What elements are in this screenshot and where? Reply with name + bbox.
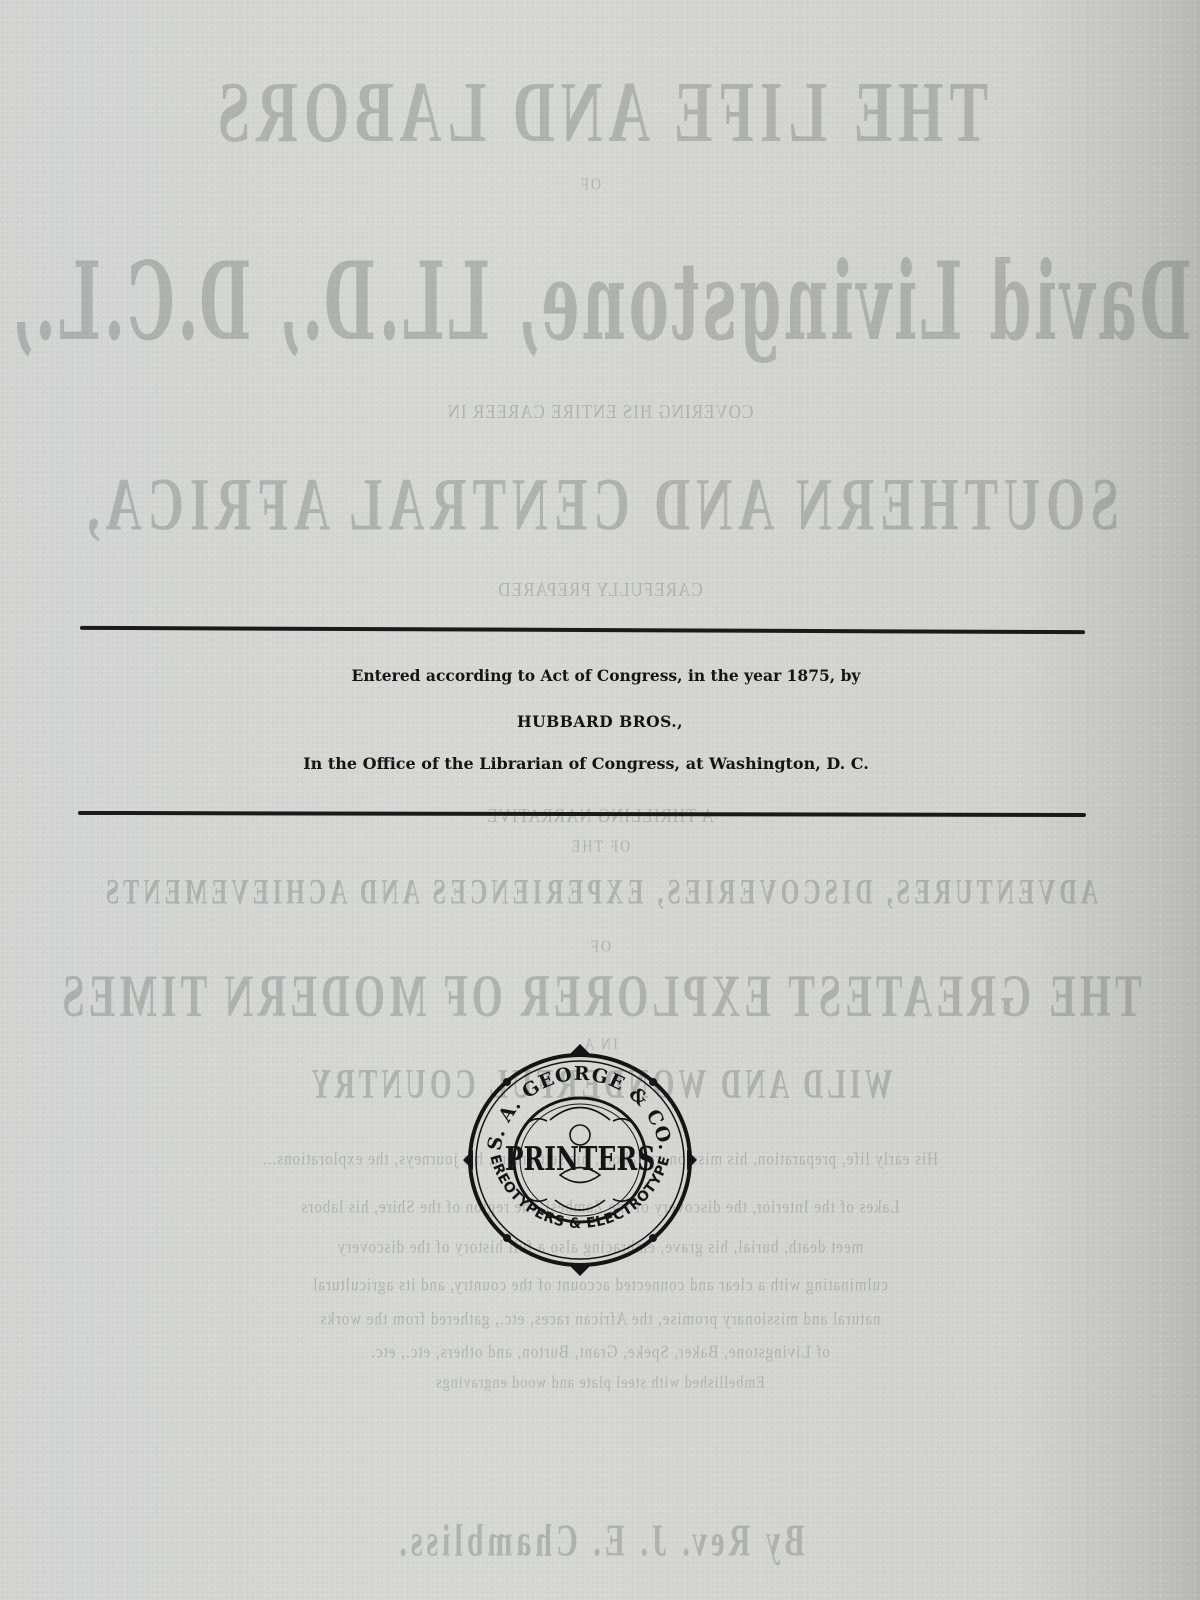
ghost-prepared-line: CAREFULLY PREPARED [0,578,1200,602]
ghost-name-line: David Livingstone, LL.D., D.C.L., [0,240,1200,366]
printer-seal-icon: S. A. GEORGE & CO. STEREOTYPERS & ELECTR… [455,1040,705,1280]
document-page: THE LIFE AND LABORS OF David Livingstone… [0,0,1200,1600]
ghost-of-the: OF THE [0,838,1200,857]
ghost-adventures-line: ADVENTURES, DISCOVERIES, EXPERIENCES AND… [0,873,1200,914]
ghost-author-line: By Rev. J. E. Chambliss. [0,1517,1200,1568]
ghost-of: OF [0,176,1190,195]
ghost-covering-line: COVERING HIS ENTIRE CAREER IN [0,400,1200,424]
copyright-entered-line: Entered according to Act of Congress, in… [6,666,1200,685]
ghost-title-line: THE LIFE AND LABORS [0,61,1200,162]
ghost-engravings-line: Embellished with steel plate and wood en… [0,1374,1200,1393]
top-rule [80,626,1085,634]
ghost-explorer-line: THE GREATEST EXPLORER OF MODERN TIMES [0,960,1200,1031]
svg-text:PRINTERS: PRINTERS [505,1140,656,1178]
ghost-body-line: natural and missionary promise, the Afri… [0,1310,1200,1330]
copyright-publisher: HUBBARD BROS., [0,712,1200,731]
copyright-office-line: In the Office of the Librarian of Congre… [0,754,1186,773]
ghost-of-2: OF [0,938,1200,957]
ghost-africa-line: SOUTHERN AND CENTRAL AFRICA, [0,461,1200,548]
ghost-body-line: of Livingstone, Baker, Speke, Grant, Bur… [0,1343,1200,1363]
